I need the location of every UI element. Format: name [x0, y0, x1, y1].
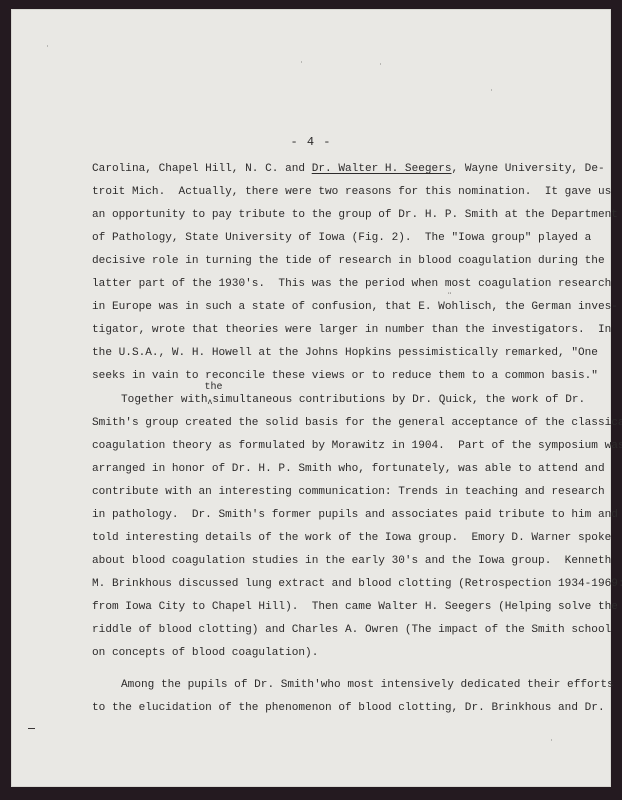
- umlaut-letter: ¨o: [445, 300, 452, 314]
- text-line: in Europe was in such a state of confusi…: [92, 300, 618, 314]
- paragraph-first-line: Among the pupils of Dr. Smith'who most i…: [121, 678, 614, 692]
- text-line: of Pathology, State University of Iowa (…: [92, 231, 591, 245]
- text-line: the U.S.A., W. H. Howell at the Johns Ho…: [92, 346, 598, 360]
- text-line: coagulation theory as formulated by Mora…: [92, 439, 622, 453]
- text-line: an opportunity to pay tribute to the gro…: [92, 208, 618, 222]
- text-line: seeks in vain to reconcile these views o…: [92, 369, 598, 383]
- text-line: troit Mich. Actually, there were two rea…: [92, 185, 611, 199]
- text-segment: Together with: [121, 394, 208, 406]
- caret-mark: ʌ: [208, 396, 213, 410]
- text-line: to the elucidation of the phenomenon of …: [92, 701, 605, 715]
- paper-speck: [491, 89, 492, 91]
- underlined-name: Dr. Walter H. Seegers: [312, 163, 452, 175]
- typewritten-page: - 4 - Carolina, Chapel Hill, N. C. and D…: [11, 9, 611, 787]
- insertion-mark: theʌ: [208, 393, 213, 410]
- text-line: about blood coagulation studies in the e…: [92, 554, 611, 568]
- text-segment: hlisch, the German inves-: [452, 301, 618, 313]
- text-segment: in Europe was in such a state of confusi…: [92, 301, 445, 313]
- text-line: latter part of the 1930's. This was the …: [92, 277, 611, 291]
- umlaut-mark: ¨: [447, 293, 452, 302]
- text-line: contribute with an interesting communica…: [92, 485, 605, 499]
- text-line: decisive role in turning the tide of res…: [92, 254, 605, 268]
- text-segment: Carolina, Chapel Hill, N. C. and: [92, 163, 312, 175]
- text-line: M. Brinkhous discussed lung extract and …: [92, 577, 622, 591]
- paragraph-first-line: Together withtheʌsimultaneous contributi…: [121, 393, 585, 410]
- scanned-document: - 4 - Carolina, Chapel Hill, N. C. and D…: [0, 0, 622, 800]
- margin-mark: [28, 728, 35, 729]
- text-segment: simultaneous contributions by Dr. Quick,…: [212, 394, 585, 406]
- paper-speck: [380, 63, 381, 65]
- text-segment: , Wayne University, De-: [452, 163, 605, 175]
- text-line: Carolina, Chapel Hill, N. C. and Dr. Wal…: [92, 162, 605, 176]
- paper-speck: [301, 61, 302, 63]
- text-line: told interesting details of the work of …: [92, 531, 611, 545]
- text-line: in pathology. Dr. Smith's former pupils …: [92, 508, 618, 522]
- text-line: from Iowa City to Chapel Hill). Then cam…: [92, 600, 618, 614]
- text-line: Smith's group created the solid basis fo…: [92, 416, 622, 430]
- text-line: riddle of blood clotting) and Charles A.…: [92, 623, 611, 637]
- text-line: arranged in honor of Dr. H. P. Smith who…: [92, 462, 605, 476]
- page-number: - 4 -: [11, 135, 611, 149]
- inserted-word: the: [205, 383, 223, 393]
- text-line: tigator, wrote that theories were larger…: [92, 323, 611, 337]
- paper-speck: [551, 739, 552, 741]
- paper-speck: [47, 45, 48, 47]
- text-line: on concepts of blood coagulation).: [92, 646, 318, 660]
